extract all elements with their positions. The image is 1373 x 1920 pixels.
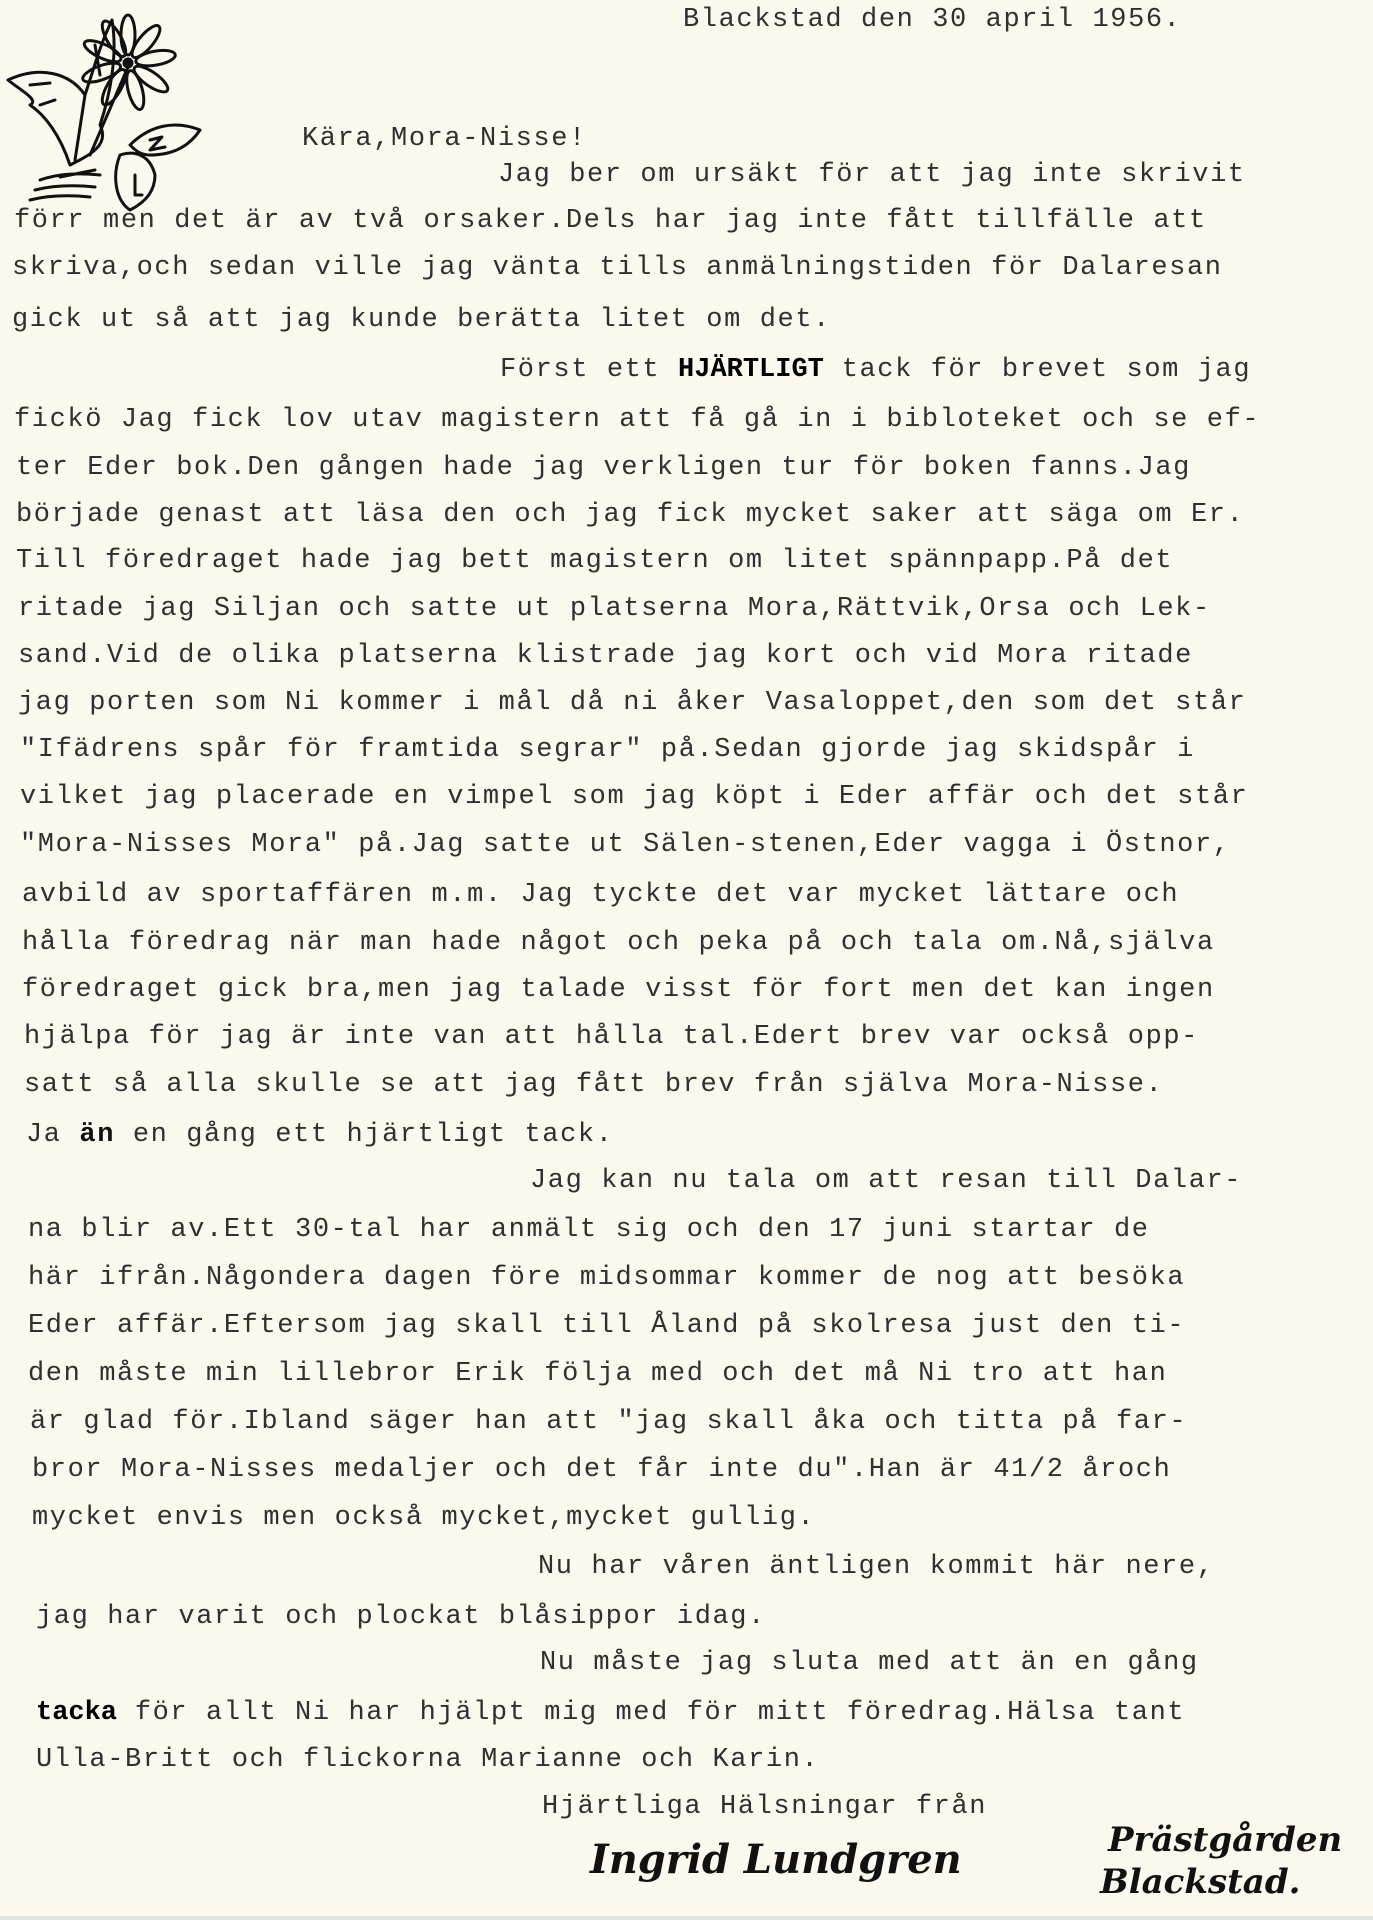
letter-line: gick ut så att jag kunde berätta litet o… <box>12 305 831 335</box>
letter-line: satt så alla skulle se att jag fått brev… <box>24 1070 1163 1100</box>
letter-line: ritade jag Siljan och satte ut platserna… <box>18 594 1211 624</box>
letter-line: Nu har våren äntligen kommit här nere, <box>538 1552 1215 1582</box>
letter-line: jag porten som Ni kommer i mål då ni åke… <box>18 688 1246 718</box>
flower-drawing-icon <box>0 5 270 215</box>
letter-line: Ja än en gång ett hjärtligt tack. <box>26 1120 614 1150</box>
letter-line: "Mora-Nisses Mora" på.Jag satte ut Sälen… <box>20 830 1231 860</box>
letter-line: avbild av sportaffären m.m. Jag tyckte d… <box>22 880 1179 910</box>
letter-line: Till föredraget hade jag bett magistern … <box>16 546 1173 576</box>
dateline: Blackstad den 30 april 1956. <box>683 5 1181 35</box>
letter-text: en gång ett hjärtligt tack. <box>133 1120 614 1150</box>
letter-line: Jag kan nu tala om att resan till Dalar- <box>530 1166 1242 1196</box>
letter-line: Jag ber om ursäkt för att jag inte skriv… <box>498 160 1246 190</box>
letter-line: sand.Vid de olika platserna klistrade ja… <box>18 641 1193 671</box>
letter-line: hålla föredrag när man hade något och pe… <box>22 928 1215 958</box>
letter-page: Blackstad den 30 april 1956. Kära,Mora-N… <box>0 0 1373 1920</box>
letter-line: ter Eder bok.Den gången hade jag verklig… <box>16 453 1191 483</box>
letter-text: för allt Ni har hjälpt mig med för mitt … <box>135 1698 1185 1728</box>
letter-line: förr men det är av två orsaker.Dels har … <box>14 206 1207 236</box>
letter-line: bror Mora-Nisses medaljer och det får in… <box>32 1455 1171 1485</box>
letter-text: Ja <box>26 1120 62 1150</box>
closing: Hjärtliga Hälsningar från <box>542 1792 987 1822</box>
letter-line: började genast att läsa den och jag fick… <box>16 500 1244 530</box>
letter-line: mycket envis men också mycket,mycket gul… <box>32 1503 815 1533</box>
emphasized-word: tacka <box>36 1698 117 1728</box>
letter-line: tacka för allt Ni har hjälpt mig med för… <box>36 1698 1185 1728</box>
salutation: Kära,Mora-Nisse! <box>302 124 587 154</box>
letter-line: Ulla-Britt och flickorna Marianne och Ka… <box>36 1745 819 1775</box>
letter-text: Först ett <box>500 355 660 385</box>
letter-line: jag har varit och plockat blåsippor idag… <box>36 1602 766 1632</box>
letter-line: Först ett HJÄRTLIGT tack för brevet som … <box>500 355 1251 385</box>
emphasized-word: HJÄRTLIGT <box>678 355 824 385</box>
letter-line: är glad för.Ibland säger han att "jag sk… <box>30 1407 1187 1437</box>
letter-line: hjälpa för jag är inte van att hålla tal… <box>24 1022 1199 1052</box>
letter-line: vilket jag placerade en vimpel som jag k… <box>20 782 1248 812</box>
letter-line: Eder affär.Eftersom jag skall till Åland… <box>28 1311 1185 1341</box>
signature-name: Ingrid Lundgren <box>590 1836 962 1883</box>
page-edge <box>0 1916 1373 1920</box>
letter-line: fickö Jag fick lov utav magistern att få… <box>14 405 1260 435</box>
letter-line: här ifrån.Någondera dagen före midsommar… <box>28 1263 1185 1293</box>
signature-address-line2: Blackstad. <box>1100 1862 1300 1902</box>
letter-line: föredraget gick bra,men jag talade visst… <box>22 975 1215 1005</box>
letter-line: "Ifädrens spår för framtida segrar" på.S… <box>20 735 1195 765</box>
letter-line: skriva,och sedan ville jag vänta tills a… <box>12 253 1223 283</box>
letter-text: tack för brevet som jag <box>842 355 1251 385</box>
letter-line: den måste min lillebror Erik följa med o… <box>28 1359 1167 1389</box>
letter-line: Nu måste jag sluta med att än en gång <box>540 1648 1199 1678</box>
emphasized-word: än <box>79 1120 115 1150</box>
letter-line: na blir av.Ett 30-tal har anmält sig och… <box>28 1215 1150 1245</box>
signature-address-line1: Prästgården <box>1108 1820 1342 1860</box>
